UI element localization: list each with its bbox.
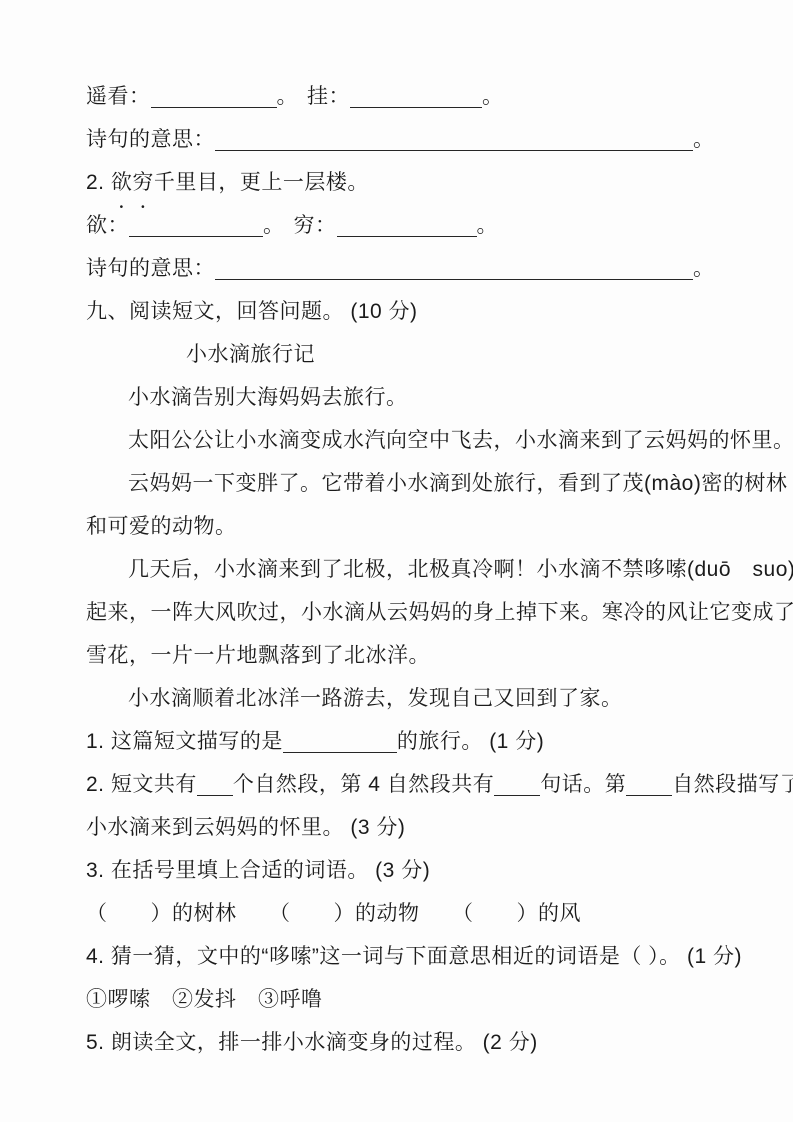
passage-paragraph: 太阳公公让小水滴变成水汽向空中飞去，小水滴来到了云妈妈的怀里。 xyxy=(86,419,757,462)
passage-paragraph: 云妈妈一下变胖了。它带着小水滴到处旅行，看到了茂(mào)密的树林 xyxy=(86,462,757,505)
fill-line-yu-qiong: 欲：。穷：。 xyxy=(86,204,757,247)
fill-line-meaning-2: 诗句的意思：。 xyxy=(86,247,757,290)
passage-paragraph-continuation: 雪花，一片一片地飘落到了北冰洋。 xyxy=(86,634,757,677)
poem-line-2: 2. 欲穷千里目，更上一层楼。 xyxy=(86,161,757,204)
term-label-qiong: 穷： xyxy=(294,214,337,237)
question-text: 个自然段，第 4 自然段共有 xyxy=(233,773,494,796)
term-label-gua: 挂： xyxy=(307,85,350,108)
poem-text: 千里目，更上一层楼。 xyxy=(154,171,369,194)
fill-line-meaning-1: 诗句的意思：。 xyxy=(86,118,757,161)
meaning-label: 诗句的意思： xyxy=(86,257,215,280)
period: 。 xyxy=(477,214,499,237)
question-text: 2. 短文共有 xyxy=(86,773,197,796)
answer-blank xyxy=(215,149,693,151)
answer-blank xyxy=(129,235,263,237)
question-5: 5. 朗读全文，排一排小水滴变身的过程。 (2 分) xyxy=(86,1021,757,1064)
answer-blank xyxy=(337,235,477,237)
period: 。 xyxy=(263,214,285,237)
passage-title: 小水滴旅行记 xyxy=(86,333,757,376)
question-1: 1. 这篇短文描写的是的旅行。 (1 分) xyxy=(86,720,757,763)
passage-paragraph-continuation: 和可爱的动物。 xyxy=(86,505,757,548)
passage-paragraph: 几天后，小水滴来到了北极，北极真冷啊！小水滴不禁哆嗦(duō suo) xyxy=(86,548,757,591)
fill-line-yaokan-gua: 遥看：。挂：。 xyxy=(86,75,757,118)
answer-blank xyxy=(151,106,277,108)
question-text: 的旅行。 (1 分) xyxy=(397,730,544,753)
section-heading: 九、阅读短文，回答问题。 (10 分) xyxy=(86,290,757,333)
answer-blank xyxy=(350,106,482,108)
answer-blank xyxy=(626,794,672,796)
passage-paragraph-continuation: 起来，一阵大风吹过，小水滴从云妈妈的身上掉下来。寒冷的风让它变成了 xyxy=(86,591,757,634)
worksheet-page: 遥看：。挂：。 诗句的意思：。 2. 欲穷千里目，更上一层楼。 欲：。穷：。 诗… xyxy=(0,0,793,1122)
term-label-yu: 欲： xyxy=(86,214,129,237)
emphasized-char-qiong: 穷 xyxy=(132,161,154,204)
question-text: 句话。第 xyxy=(540,773,626,796)
period: 。 xyxy=(693,128,715,151)
question-4-choices: ①啰嗦 ②发抖 ③呼噜 xyxy=(86,978,757,1021)
period: 。 xyxy=(482,85,504,108)
question-3-bracket-blanks: （ ）的树林 （ ）的动物 （ ）的风 xyxy=(86,892,757,935)
question-3: 3. 在括号里填上合适的词语。 (3 分) xyxy=(86,849,757,892)
meaning-label: 诗句的意思： xyxy=(86,128,215,151)
period: 。 xyxy=(693,257,715,280)
question-text: 自然段描写了 xyxy=(672,773,793,796)
answer-blank xyxy=(215,278,693,280)
passage-paragraph: 小水滴告别大海妈妈去旅行。 xyxy=(86,376,757,419)
answer-blank xyxy=(494,794,540,796)
answer-blank xyxy=(283,751,397,753)
answer-blank xyxy=(197,794,233,796)
question-2-continuation: 小水滴来到云妈妈的怀里。 (3 分) xyxy=(86,806,757,849)
period: 。 xyxy=(277,85,299,108)
term-label-yaokan: 遥看： xyxy=(86,85,151,108)
passage-paragraph: 小水滴顺着北冰洋一路游去，发现自己又回到了家。 xyxy=(86,677,757,720)
emphasized-char-yu: 欲 xyxy=(111,161,133,204)
question-4: 4. 猜一猜，文中的“哆嗦”这一词与下面意思相近的词语是（ ）。 (1 分) xyxy=(86,935,757,978)
question-text: 1. 这篇短文描写的是 xyxy=(86,730,283,753)
item-number: 2. xyxy=(86,171,111,194)
question-2: 2. 短文共有个自然段，第 4 自然段共有句话。第自然段描写了 xyxy=(86,763,757,806)
